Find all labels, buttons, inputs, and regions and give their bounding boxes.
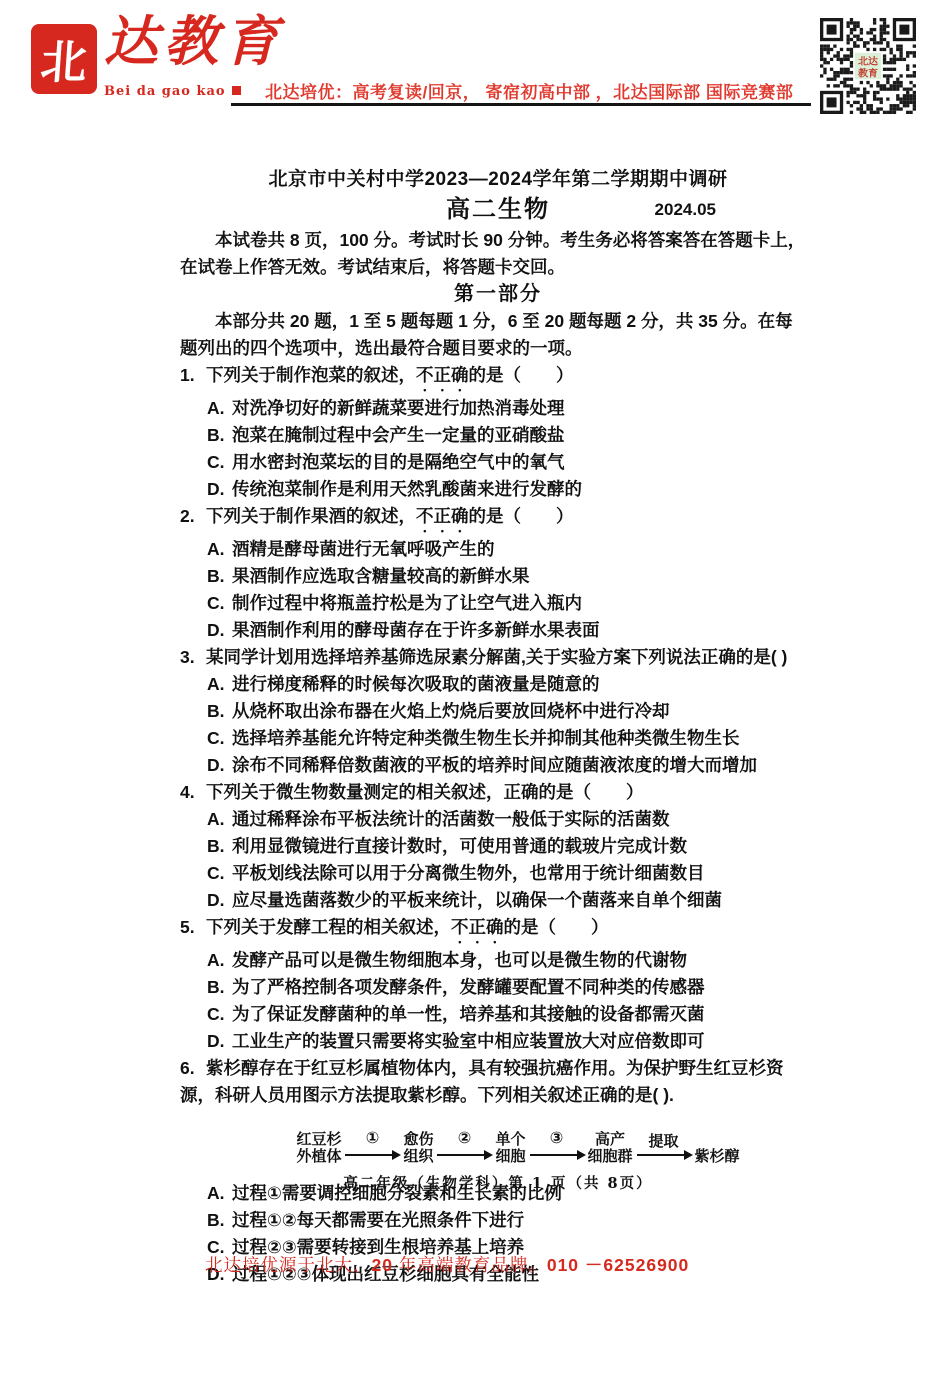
option-row: B.从烧杯取出涂布器在火焰上灼烧后要放回烧杯中进行冷却 [180,698,816,725]
emphasized-text: 不正确 [416,506,469,526]
question-3-number: 3. [180,644,206,671]
notice-line-2: 在试卷上作答无效。考试结束后，将答题卡交回。 [180,254,816,281]
phone-number: 010 －62526900 [547,1255,689,1275]
question-1-stem: 1.下列关于制作泡菜的叙述，不正确的是（ ） [180,362,816,395]
arrow-step-3: ③ [530,1154,584,1156]
option-row: B.利用显微镜进行直接计数时，可使用普通的载玻片完成计数 [180,833,816,860]
option-row: B.果酒制作应选取含糖量较高的新鲜水果 [180,563,816,590]
beida-seal-logo: 北 [33,26,95,92]
step-2-circled-number: ② [458,1130,472,1148]
option-row: D.果酒制作利用的酵母菌存在于许多新鲜水果表面 [180,617,816,644]
question-4-number: 4. [180,779,206,806]
step-1-circled-number: ① [366,1130,380,1148]
question-6-stem: 6.紫杉醇存在于红豆杉属植物体内，具有较强抗癌作用。为保护野生红豆杉资源，科研人… [180,1055,816,1109]
option-row: C.选择培养基能允许特定种类微生物生长并抑制其他种类微生物生长 [180,725,816,752]
svg-text:北达: 北达 [858,54,878,67]
brand-pinyin-text: Bei da gao kao [104,84,241,99]
option-row: B.泡菜在腌制过程中会产生一定量的亚硝酸盐 [180,422,816,449]
option-row: B.过程①②每天都需要在光照条件下进行 [180,1207,816,1234]
emphasized-text: 不正确 [416,365,469,385]
question-4: 4.下列关于微生物数量测定的相关叙述，正确的是（ ） A.通过稀释涂布平板法统计… [180,779,816,914]
arrow-step-1: ① [345,1154,399,1156]
question-5-stem: 5.下列关于发酵工程的相关叙述，不正确的是（ ） [180,914,816,947]
option-row: B.为了严格控制各项发酵条件，发酵罐要配置不同种类的传感器 [180,974,816,1001]
arrow-extract: 提取 [637,1154,691,1156]
qr-code: 北达教育 [820,16,916,116]
brand-pinyin-label: Bei da gao kao [104,84,226,99]
diagram-node-taxol: 紫杉醇 [695,1148,740,1165]
question-2: 2.下列关于制作果酒的叙述，不正确的是（ ） A.酒精是酵母菌进行无氧呼吸产生的… [180,503,816,644]
diagram-node-callus: 愈伤 组织 [403,1131,433,1166]
option-row: C.为了保证发酵菌种的单一性，培养基和其接触的设备都需灭菌 [180,1001,816,1028]
subject-line: 高二生物 2024.05 [180,193,816,227]
seal-character: 北 [39,26,90,92]
question-6-number: 6. [180,1055,206,1082]
arrow-step-2: ② [437,1154,491,1156]
emphasized-text: 不正确 [451,917,504,937]
option-row: D.应尽量选菌落数少的平板来统计，以确保一个菌落来自单个细菌 [180,887,816,914]
taxol-extraction-flow-diagram: 红豆杉 外植体 ① 愈伤 组织 ② 单个 细胞 ③ 高产 细胞群 提取 [220,1131,816,1166]
extract-arrow-label: 提取 [649,1133,679,1150]
svg-text:教育: 教育 [857,66,878,79]
diagram-node-explant: 红豆杉 外植体 [296,1131,341,1166]
question-1-number: 1. [180,362,206,389]
red-square-icon [232,86,241,95]
part-one-title: 第一部分 [180,281,816,308]
header-divider [231,103,811,106]
question-3: 3.某同学计划用选择培养基筛选尿素分解菌,关于实验方案下列说法正确的是( ) A… [180,644,816,779]
option-row: D.传统泡菜制作是利用天然乳酸菌来进行发酵的 [180,476,816,503]
notice-line-1: 本试卷共 8 页，100 分。考试时长 90 分钟。考生务必将答案答在答题卡上， [180,227,816,254]
option-row: C.制作过程中将瓶盖拧松是为了让空气进入瓶内 [180,590,816,617]
subject-title: 高二生物 [446,196,550,223]
question-1: 1.下列关于制作泡菜的叙述，不正确的是（ ） A.对洗净切好的新鲜蔬菜要进行加热… [180,362,816,503]
exam-date: 2024.05 [655,193,716,227]
option-row: A.进行梯度稀释的时候每次吸取的菌液量是随意的 [180,671,816,698]
question-3-stem: 3.某同学计划用选择培养基筛选尿素分解菌,关于实验方案下列说法正确的是( ) [180,644,816,671]
exam-paper-page: 北 达教育 Bei da gao kao 北达培优：高考复读/回京， 寄宿初高中… [0,0,939,1389]
option-row: C.平板划线法除可以用于分离微生物外，也常用于统计细菌数目 [180,860,816,887]
option-row: A.发酵产品可以是微生物细胞本身，也可以是微生物的代谢物 [180,947,816,974]
page-number-footer: 高二年级（生物学科）第 1 页（共 8页） [180,1172,816,1193]
question-5-number: 5. [180,914,206,941]
promo-footer: 北达培优源于北大，20 年高端教育品牌。010 －62526900 [205,1252,689,1277]
brand-calligraphy-text: 达教育 [104,14,284,68]
question-2-number: 2. [180,503,206,530]
step-3-circled-number: ③ [550,1130,564,1148]
question-4-stem: 4.下列关于微生物数量测定的相关叙述，正确的是（ ） [180,779,816,806]
document-content: 北京市中关村中学2023—2024学年第二学期期中调研 高二生物 2024.05… [180,166,816,1288]
option-row: C.用水密封泡菜坛的目的是隔绝空气中的氧气 [180,449,816,476]
part-intro-line-2: 题列出的四个选项中，选出最符合题目要求的一项。 [180,335,816,362]
exam-title: 北京市中关村中学2023—2024学年第二学期期中调研 [180,166,816,193]
option-row: A.对洗净切好的新鲜蔬菜要进行加热消毒处理 [180,395,816,422]
header-tagline: 北达培优：高考复读/回京， 寄宿初高中部 ，北达国际部 国际竞赛部 [265,78,805,103]
question-5: 5.下列关于发酵工程的相关叙述，不正确的是（ ） A.发酵产品可以是微生物细胞本… [180,914,816,1055]
part-intro-line-1: 本部分共 20 题，1 至 5 题每题 1 分，6 至 20 题每题 2 分，共… [180,308,816,335]
option-row: A.通过稀释涂布平板法统计的活菌数一般低于实际的活菌数 [180,806,816,833]
option-row: A.酒精是酵母菌进行无氧呼吸产生的 [180,536,816,563]
diagram-node-single-cell: 单个 细胞 [495,1131,525,1166]
option-row: D.涂布不同稀释倍数菌液的平板的培养时间应随菌液浓度的增大而增加 [180,752,816,779]
option-row: D.工业生产的装置只需要将实验室中相应装置放大对应倍数即可 [180,1028,816,1055]
diagram-node-high-yield-cells: 高产 细胞群 [588,1131,633,1166]
question-2-stem: 2.下列关于制作果酒的叙述，不正确的是（ ） [180,503,816,536]
